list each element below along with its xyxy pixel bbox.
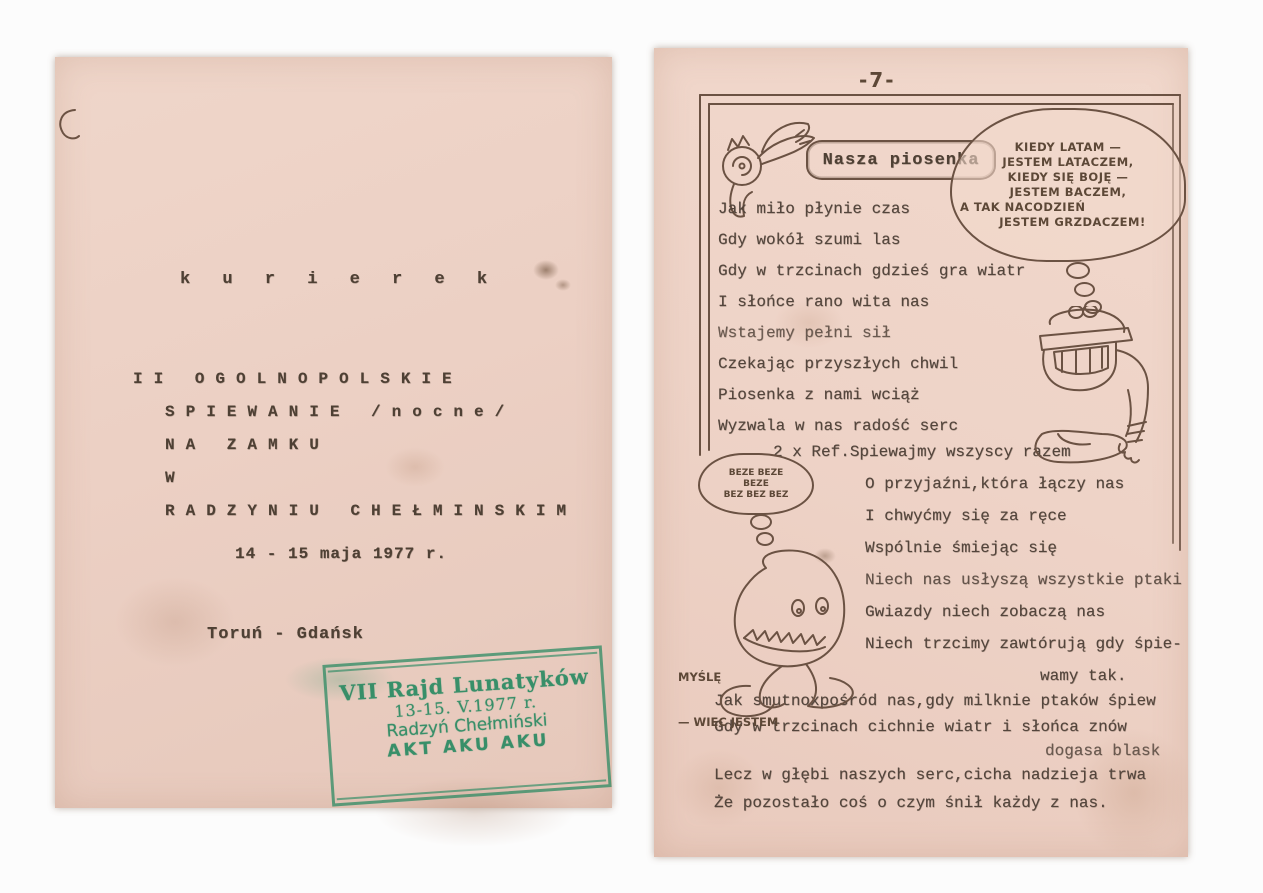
refrain-intro: 2 x Ref.Spiewajmy wszyscy razem [773,443,1071,461]
lyric-line: Niech nas usłyszą wszystkie ptaki [865,571,1182,589]
lyric-line: I słońce rano wita nas [718,293,929,311]
page-number: -7- [859,68,896,92]
lyric-line: Jak smutnoxpośród nas,gdy milknie ptaków… [714,692,1156,710]
bubble-text: JESTEM LATACZEM, [952,155,1184,170]
lyric-line: Wyzwala w nas radość serc [718,417,958,435]
bubble-text: BEZE [700,479,812,490]
lyric-line: Czekając przyszłych chwil [718,355,958,373]
bee-creature-drawing [1032,306,1188,466]
lyric-line: Wspólnie śmiejąc się [865,539,1057,557]
lyric-line: O przyjaźni,która łączy nas [865,475,1124,493]
lyric-line: Niech trzcimy zawtórują gdy śpie- [865,635,1182,653]
event-title-line: RADZYNIU CHEŁMINSKIM [165,502,577,520]
lyric-line: Jak miło płynie czas [718,200,910,218]
lyric-line: Że pozostało coś o czym śnił każdy z nas… [714,794,1108,812]
bubble-text: A TAK NACODZIEŃ [952,200,1184,215]
masthead-title: k u r i e r e k [180,270,498,289]
caption-line: — WIĘC JESTEM [678,715,778,730]
event-date: 14 - 15 maja 1977 r. [235,545,447,563]
event-title-line: II OGOLNOPOLSKIE [133,370,463,388]
binding-mark [55,105,83,145]
monster-caption: MYŚLĘ — WIĘC JESTEM [678,640,778,760]
monster-thought-bubble: BEZE BEZE BEZE BEZ BEZ BEZ [698,453,814,515]
lyric-line: Gwiazdy niech zobaczą nas [865,603,1105,621]
lyric-line: Piosenka z nami wciąż [718,386,920,404]
lyric-line: Wstajemy pełni sił [718,324,891,342]
bubble-text: BEZ BEZ BEZ [700,490,812,501]
bubble-text: JESTEM GRZDACZEM! [952,215,1184,230]
lyric-line: Gdy w trzcinach gdzieś gra wiatr [718,262,1025,280]
bubble-text: BEZE BEZE [700,468,812,479]
event-title-line: W [165,469,186,487]
rally-stamp: VII Rajd Lunatyków 13-15. V.1977 r. Radz… [322,645,611,806]
event-title-line: NA ZAMKU [165,436,330,454]
bubble-text: KIEDY SIĘ BOJĘ — [952,170,1184,185]
caption-line: MYŚLĘ [678,670,778,685]
bubble-text: JESTEM BACZEM, [952,185,1184,200]
event-title-line: SPIEWANIE /nocne/ [165,403,515,421]
lyric-line: dogasa blask [1045,742,1160,760]
lyric-line: Lecz w głębi naszych serc,cicha nadzieja… [714,766,1146,784]
bubble-text: KIEDY LATAM — [952,140,1184,155]
cover-page: k u r i e r e k II OGOLNOPOLSKIE SPIEWAN… [55,57,612,808]
lyric-line: Gdy wokół szumi las [718,231,900,249]
song-page: -7- Nasza piosenka KIEDY LATAM — JESTEM … [654,48,1188,857]
lyric-line: wamy tak. [1040,667,1126,685]
lyric-line: I chwyćmy się za ręce [865,507,1067,525]
bee-speech-bubble: KIEDY LATAM — JESTEM LATACZEM, KIEDY SIĘ… [950,108,1186,262]
event-cities: Toruń - Gdańsk [207,625,364,644]
